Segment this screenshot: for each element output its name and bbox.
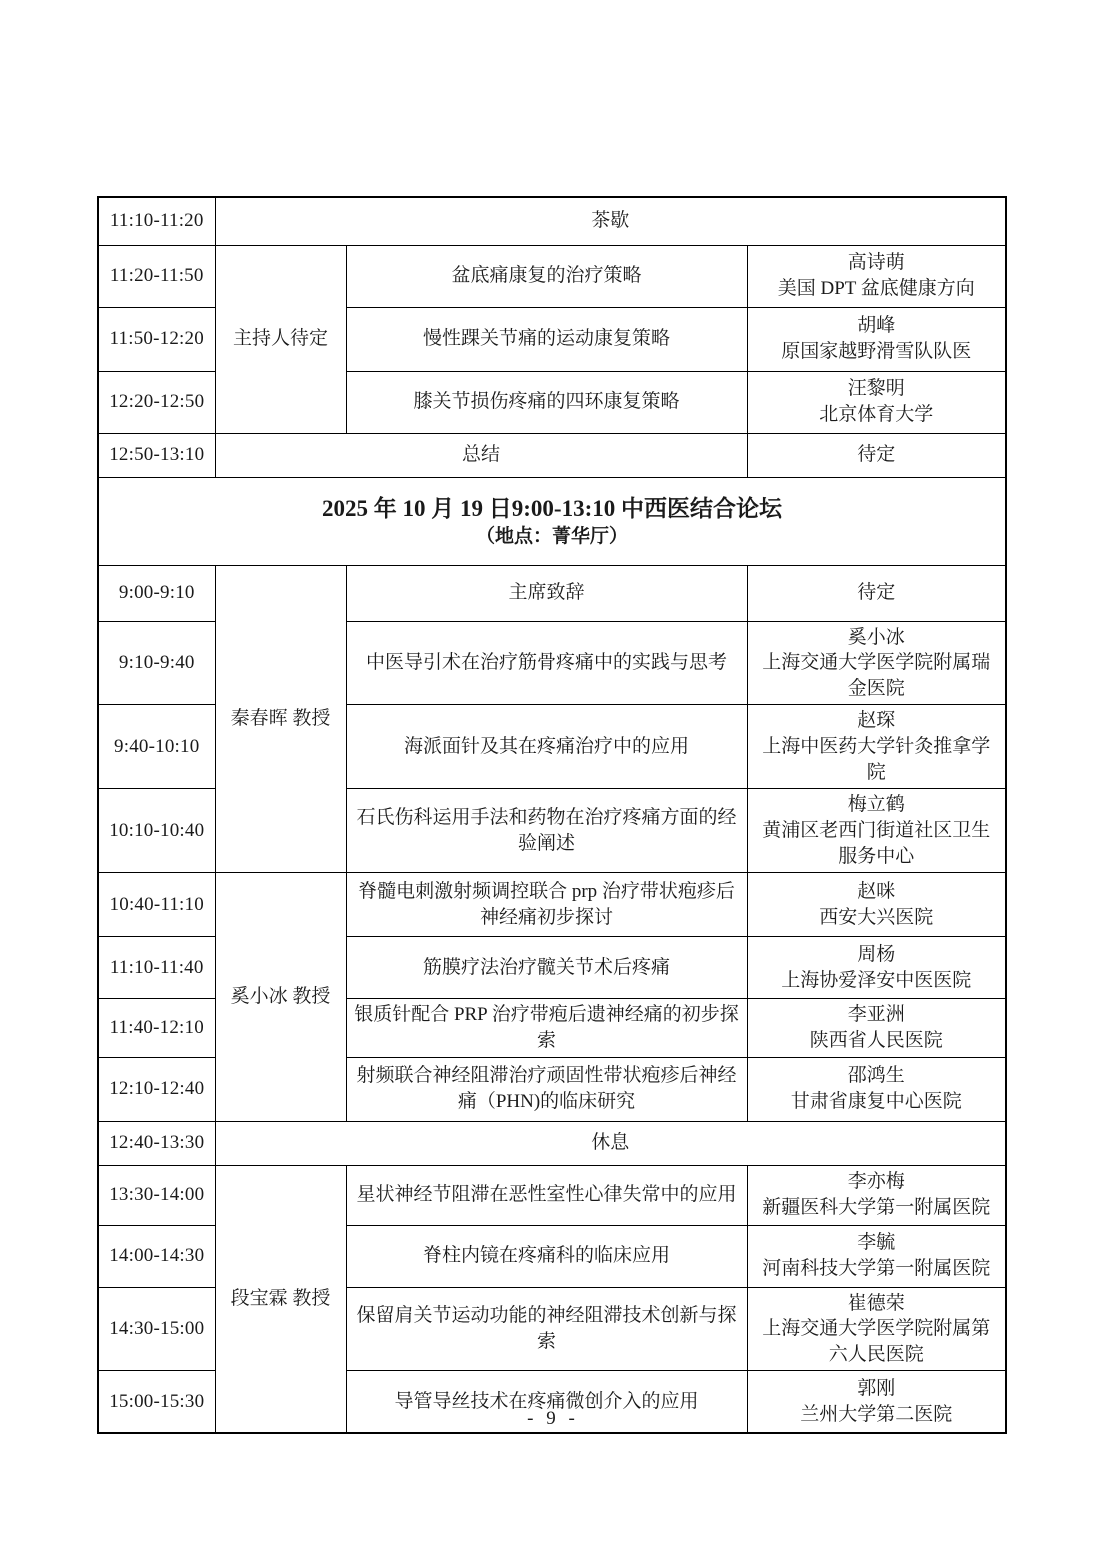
time-cell: 12:10-12:40 (98, 1057, 215, 1121)
topic-cell: 筋膜疗法治疗髋关节术后疼痛 (346, 937, 747, 999)
topic-cell: 主席致辞 (346, 565, 747, 621)
moderator-cell: 秦春晖 教授 (215, 565, 346, 873)
time-cell: 11:10-11:20 (98, 197, 215, 245)
time-cell: 12:50-13:10 (98, 433, 215, 477)
table-row: 9:00-9:10秦春晖 教授主席致辞待定 (98, 565, 1006, 621)
speaker-cell: 李亦梅 新疆医科大学第一附属医院 (747, 1165, 1006, 1225)
topic-cell: 膝关节损伤疼痛的四环康复策略 (346, 371, 747, 433)
table-row: 12:50-13:10总结待定 (98, 433, 1006, 477)
moderator-cell: 段宝霖 教授 (215, 1165, 346, 1433)
table-row: 13:30-14:00段宝霖 教授星状神经节阻滞在恶性室性心律失常中的应用李亦梅… (98, 1165, 1006, 1225)
moderator-cell: 主持人待定 (215, 245, 346, 433)
time-cell: 12:20-12:50 (98, 371, 215, 433)
speaker-cell: 周杨 上海协爱泽安中医医院 (747, 937, 1006, 999)
conference-schedule-table: 11:10-11:20茶歇11:20-11:50主持人待定盆底痛康复的治疗策略高… (97, 196, 1007, 1434)
event-cell: 茶歇 (215, 197, 1006, 245)
speaker-cell: 待定 (747, 565, 1006, 621)
time-cell: 11:20-11:50 (98, 245, 215, 307)
table-row: 10:40-11:10奚小冰 教授脊髓电刺激射频调控联合 prp 治疗带状疱疹后… (98, 873, 1006, 937)
topic-cell: 银质针配合 PRP 治疗带疱后遗神经痛的初步探索 (346, 999, 747, 1057)
topic-cell: 中医导引术在治疗筋骨疼痛中的实践与思考 (346, 621, 747, 705)
speaker-cell: 李毓 河南科技大学第一附属医院 (747, 1225, 1006, 1287)
section-header-cell: 2025 年 10 月 19 日9:00-13:10 中西医结合论坛 （地点：菁… (98, 477, 1006, 565)
time-cell: 11:50-12:20 (98, 307, 215, 371)
time-cell: 11:10-11:40 (98, 937, 215, 999)
time-cell: 9:10-9:40 (98, 621, 215, 705)
time-cell: 10:10-10:40 (98, 789, 215, 873)
speaker-cell: 崔德荣 上海交通大学医学院附属第六人民医院 (747, 1287, 1006, 1371)
time-cell: 9:40-10:10 (98, 705, 215, 789)
event-cell: 休息 (215, 1121, 1006, 1165)
table-row: 11:20-11:50主持人待定盆底痛康复的治疗策略高诗萌 美国 DPT 盆底健… (98, 245, 1006, 307)
speaker-cell: 奚小冰 上海交通大学医学院附属瑞金医院 (747, 621, 1006, 705)
topic-cell: 保留肩关节运动功能的神经阻滞技术创新与探索 (346, 1287, 747, 1371)
schedule-table-body: 11:10-11:20茶歇11:20-11:50主持人待定盆底痛康复的治疗策略高… (98, 197, 1006, 1433)
event-cell: 总结 (215, 433, 747, 477)
speaker-cell: 汪黎明 北京体育大学 (747, 371, 1006, 433)
speaker-cell: 胡峰 原国家越野滑雪队队医 (747, 307, 1006, 371)
speaker-cell: 赵咪 西安大兴医院 (747, 873, 1006, 937)
time-cell: 12:40-13:30 (98, 1121, 215, 1165)
speaker-cell: 邵鸿生 甘肃省康复中心医院 (747, 1057, 1006, 1121)
speaker-cell: 赵琛 上海中医药大学针灸推拿学院 (747, 705, 1006, 789)
speaker-cell: 梅立鹤 黄浦区老西门街道社区卫生服务中心 (747, 789, 1006, 873)
topic-cell: 星状神经节阻滞在恶性室性心律失常中的应用 (346, 1165, 747, 1225)
topic-cell: 射频联合神经阻滞治疗顽固性带状疱疹后神经痛（PHN)的临床研究 (346, 1057, 747, 1121)
document-page: 11:10-11:20茶歇11:20-11:50主持人待定盆底痛康复的治疗策略高… (0, 0, 1102, 1559)
time-cell: 11:40-12:10 (98, 999, 215, 1057)
speaker-cell: 李亚洲 陕西省人民医院 (747, 999, 1006, 1057)
table-row: 12:40-13:30休息 (98, 1121, 1006, 1165)
speaker-cell: 高诗萌 美国 DPT 盆底健康方向 (747, 245, 1006, 307)
topic-cell: 慢性踝关节痛的运动康复策略 (346, 307, 747, 371)
speaker-cell: 待定 (747, 433, 1006, 477)
topic-cell: 盆底痛康复的治疗策略 (346, 245, 747, 307)
time-cell: 14:30-15:00 (98, 1287, 215, 1371)
topic-cell: 石氏伤科运用手法和药物在治疗疼痛方面的经验阐述 (346, 789, 747, 873)
page-number: - 9 - (0, 1408, 1102, 1430)
time-cell: 13:30-14:00 (98, 1165, 215, 1225)
topic-cell: 脊柱内镜在疼痛科的临床应用 (346, 1225, 747, 1287)
time-cell: 10:40-11:10 (98, 873, 215, 937)
topic-cell: 脊髓电刺激射频调控联合 prp 治疗带状疱疹后神经痛初步探讨 (346, 873, 747, 937)
table-row: 11:10-11:20茶歇 (98, 197, 1006, 245)
topic-cell: 海派面针及其在疼痛治疗中的应用 (346, 705, 747, 789)
time-cell: 14:00-14:30 (98, 1225, 215, 1287)
time-cell: 9:00-9:10 (98, 565, 215, 621)
table-row: 2025 年 10 月 19 日9:00-13:10 中西医结合论坛 （地点：菁… (98, 477, 1006, 565)
moderator-cell: 奚小冰 教授 (215, 873, 346, 1121)
